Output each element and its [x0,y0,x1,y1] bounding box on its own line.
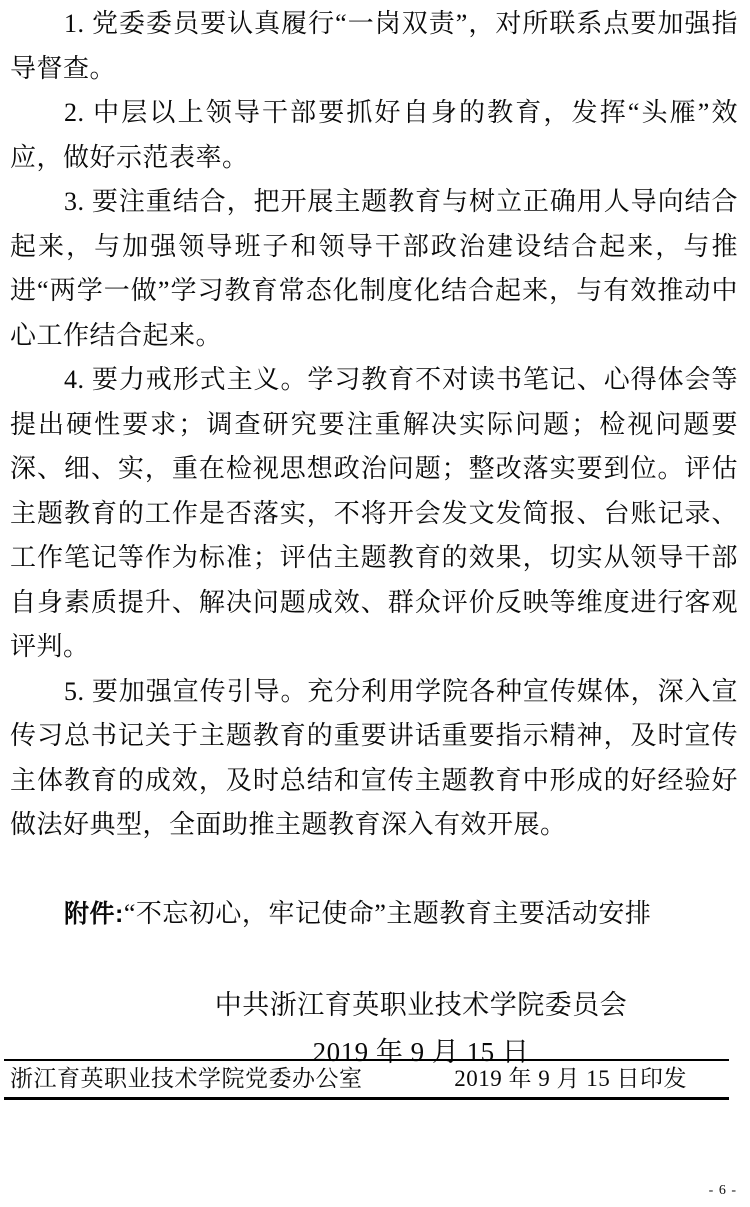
attachment-line: 附件:“不忘初心，牢记使命”主题教育主要活动安排 [10,892,738,937]
body-paragraph-5: 5. 要加强宣传引导。充分利用学院各种宣传媒体，深入宣传习总书记关于主题教育的重… [10,670,738,848]
footer-row: 浙江育英职业技术学院党委办公室 2019 年 9 月 15 日印发 [4,1065,729,1092]
document-page: 1. 党委委员要认真履行“一岗双责”，对所联系点要加强指导督查。 2. 中层以上… [0,0,750,1207]
attachment-title: “不忘初心，牢记使命”主题教育主要活动安排 [124,899,652,928]
body-paragraph-3: 3. 要注重结合，把开展主题教育与树立正确用人导向结合起来，与加强领导班子和领导… [10,180,738,358]
attachment-label: 附件: [64,900,124,928]
body-paragraph-4: 4. 要力戒形式主义。学习教育不对读书笔记、心得体会等提出硬性要求；调查研究要注… [10,358,738,670]
page-number: - 6 - [709,1183,737,1199]
footer-issuer: 浙江育英职业技术学院党委办公室 [10,1065,363,1092]
document-body: 1. 党委委员要认真履行“一岗双责”，对所联系点要加强指导督查。 2. 中层以上… [10,2,738,1076]
footer-print-date: 2019 年 9 月 15 日印发 [454,1065,687,1092]
footer-colophon: 浙江育英职业技术学院党委办公室 2019 年 9 月 15 日印发 [4,1059,729,1100]
signature-committee: 中共浙江育英职业技术学院委员会 [57,982,750,1029]
body-paragraph-1: 1. 党委委员要认真履行“一岗双责”，对所联系点要加强指导督查。 [10,2,738,91]
body-paragraph-2: 2. 中层以上领导干部要抓好自身的教育，发挥“头雁”效应，做好示范表率。 [10,91,738,180]
